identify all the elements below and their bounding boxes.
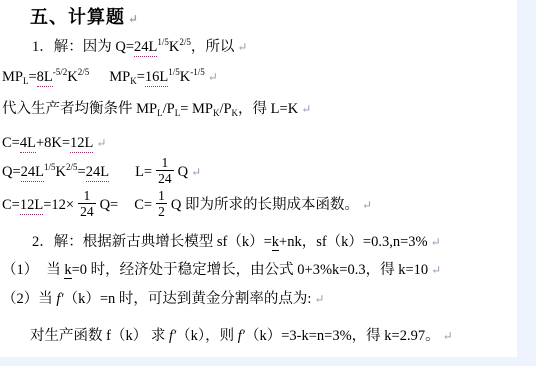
- text-run: k: [64, 262, 71, 279]
- fraction-numerator: 1: [78, 188, 96, 203]
- return-mark: ↵: [301, 102, 311, 116]
- text-run: Q=: [2, 164, 21, 180]
- line-cost-equation: C=4L+8K=12L↵: [2, 134, 517, 153]
- fraction: 12: [156, 188, 167, 219]
- return-mark: ↵: [128, 12, 139, 26]
- subscript: K: [130, 76, 137, 86]
- document-body: 1．解：因为 Q=24L1/5K2/5，所以↵MPL=8L-5/2K2/5MPK…: [0, 38, 517, 346]
- text-run: 16L: [145, 69, 168, 87]
- text-run: =: [28, 69, 36, 85]
- return-mark: ↵: [208, 70, 218, 84]
- return-mark: ↵: [362, 198, 372, 212]
- subscript: L: [175, 108, 181, 118]
- text-run: =: [78, 164, 86, 180]
- superscript: 1/5: [157, 37, 169, 47]
- page-bottom-margin: [0, 357, 536, 366]
- text-run: 2．解：根据新古典增长模型 sf（k）=: [32, 234, 272, 250]
- text-run: 12L: [20, 197, 43, 215]
- fraction-denominator: 24: [156, 170, 174, 186]
- section-heading: 五、计算题↵: [30, 8, 517, 29]
- fraction-numerator: 1: [156, 188, 167, 203]
- superscript: -5/2: [53, 67, 68, 77]
- text-run: C=: [2, 197, 20, 213]
- text-run: 12L: [70, 135, 93, 153]
- text-run: Q: [178, 164, 188, 180]
- superscript: 1/5: [44, 162, 56, 172]
- document-content: 五、计算题↵ 1．解：因为 Q=24L1/5K2/5，所以↵MPL=8L-5/2…: [0, 0, 517, 357]
- line-q2-golden-rule: 对生产函数 f（k） 求 f′（k），则 f′（k）=3-k=n=3%，得 k=…: [30, 327, 517, 346]
- text-run: f′: [238, 328, 245, 344]
- return-mark: ↵: [237, 40, 247, 54]
- text-run: 24L: [86, 164, 109, 182]
- line-q2-part2: （2）当 f′（k）=n 时，可达到黄金分割率的点为:↵: [2, 290, 517, 309]
- text-run: Q 即为所求的长期成本函数。: [171, 197, 359, 213]
- text-run: 24L: [134, 39, 157, 57]
- section-heading-text: 五、计算题: [30, 7, 125, 27]
- text-run: C=: [2, 135, 20, 151]
- text-run: K: [180, 69, 190, 85]
- return-mark: ↵: [191, 165, 201, 179]
- text-run: =0 时，经济处于稳定增长，由公式 0+3%k=0.3，得 k=10: [72, 262, 429, 278]
- text-run: /P: [163, 101, 175, 117]
- text-run: =: [137, 69, 145, 85]
- text-run: Q=: [100, 197, 119, 213]
- text-run: （k）=3-k=n=3%，得 k=2.97。: [245, 328, 440, 344]
- text-run: 代入生产者均衡条件 MP: [2, 101, 157, 117]
- line-long-run-cost: C=12L=12×124Q=C=12Q 即为所求的长期成本函数。↵: [2, 190, 517, 221]
- fraction-denominator: 2: [156, 203, 167, 219]
- text-run: 对生产函数 f（k） 求: [30, 328, 169, 344]
- text-run: K: [56, 164, 66, 180]
- return-mark: ↵: [96, 136, 106, 150]
- text-run: =12×: [43, 197, 74, 213]
- subscript: K: [213, 108, 220, 118]
- text-run: （2）当: [2, 291, 56, 307]
- text-run: ，得 L=K: [238, 101, 298, 117]
- line-equilibrium-condition: 代入生产者均衡条件 MPL/PL= MPK/PK，得 L=K↵: [2, 100, 517, 120]
- text-run: MP: [2, 69, 23, 85]
- text-run: 24L: [21, 164, 44, 182]
- superscript: 2/5: [78, 67, 90, 77]
- return-mark: ↵: [431, 263, 441, 277]
- text-run: 4L: [20, 135, 36, 153]
- text-run: +8K=: [36, 135, 70, 151]
- subscript: L: [157, 108, 163, 118]
- return-mark: ↵: [443, 329, 453, 343]
- line-output-substitution: Q=24L1/5K2/5=24LL=124Q↵: [2, 157, 517, 188]
- line-q2-part1: （1）当 k=0 时，经济处于稳定增长，由公式 0+3%k=0.3，得 k=10…: [2, 261, 517, 280]
- text-run: MP: [109, 69, 130, 85]
- text-run: 当: [46, 262, 64, 278]
- superscript: 2/5: [66, 162, 78, 172]
- superscript: 1/5: [168, 67, 180, 77]
- superscript: 2/5: [179, 37, 191, 47]
- document-page: 五、计算题↵ 1．解：因为 Q=24L1/5K2/5，所以↵MPL=8L-5/2…: [0, 0, 536, 366]
- line-q1-given: 1．解：因为 Q=24L1/5K2/5，所以↵: [32, 38, 517, 58]
- text-run: +nk，sf（k）=0.3,n=3%: [279, 234, 428, 250]
- text-run: L=: [135, 164, 152, 180]
- text-run: C=: [134, 197, 152, 213]
- line-marginal-products: MPL=8L-5/2K2/5MPK=16L1/5K-1/5↵: [2, 68, 517, 88]
- return-mark: ↵: [431, 235, 441, 249]
- fraction: 124: [78, 188, 96, 219]
- page-right-margin: [517, 0, 536, 366]
- text-run: ，所以: [191, 39, 235, 55]
- text-run: （k），则: [176, 328, 238, 344]
- text-run: （1）: [2, 262, 38, 278]
- text-run: K: [67, 69, 77, 85]
- text-run: /P: [219, 101, 231, 117]
- return-mark: ↵: [314, 292, 324, 306]
- line-q2-model: 2．解：根据新古典增长模型 sf（k）=k+nk，sf（k）=0.3,n=3%↵: [32, 233, 517, 252]
- fraction-numerator: 1: [156, 155, 174, 170]
- text-run: f′: [56, 291, 63, 307]
- subscript: L: [23, 76, 29, 86]
- text-run: 8L: [37, 69, 53, 87]
- fraction: 124: [156, 155, 174, 186]
- text-run: K: [169, 39, 179, 55]
- text-run: （k）=n 时，可达到黄金分割率的点为:: [64, 291, 312, 307]
- text-run: 1．解：因为 Q=: [32, 39, 134, 55]
- subscript: K: [232, 108, 239, 118]
- fraction-denominator: 24: [78, 203, 96, 219]
- text-run: = MP: [180, 101, 213, 117]
- superscript: -1/5: [190, 67, 205, 77]
- text-run: k: [272, 234, 279, 251]
